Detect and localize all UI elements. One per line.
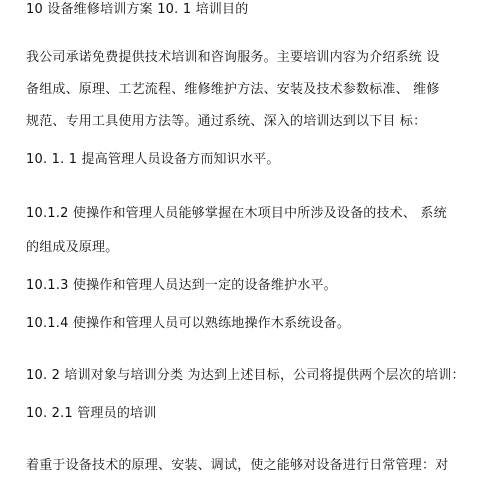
paragraph-line: 备组成、原理、工艺流程、维修维护方法、安装及技术参数标准、 维修	[26, 82, 440, 98]
item-10-1-3: 10.1.3 使操作和管理人员达到一定的设备维护水平。	[26, 278, 337, 294]
item-10-1-1: 10. 1. 1 提高管理人员设备方而知识水平。	[26, 152, 280, 168]
item-10-1-2: 10.1.2 使操作和管理人员能够掌握在木项目中所涉及设备的技术、 系统	[26, 206, 447, 222]
paragraph-line: 我公司承诺免费提供技术培训和咨询服务。主要培训内容为介绍系统 设	[26, 50, 440, 66]
subsection-heading-10-2-1: 10. 2.1 管理员的培训	[26, 406, 156, 422]
item-10-1-4: 10.1.4 使操作和管理人员可以熟练地操作木系统设备。	[26, 316, 350, 332]
paragraph-line: 规范、专用工具使用方法等。通过系统、深入的培训达到以下目 标：	[26, 114, 426, 130]
section-heading-10-1: 10 设备维修培训方案 10. 1 培训目的	[26, 2, 248, 18]
item-10-1-2-continued: 的组成及原理。	[26, 240, 118, 256]
paragraph-line: 着重于设备技术的原理、安装、调试，使之能够对设备进行日常管理：对	[26, 458, 448, 474]
section-heading-10-2: 10. 2 培训对象与培训分类 为达到上述目标，公司将提供两个层次的培训：	[26, 368, 465, 384]
